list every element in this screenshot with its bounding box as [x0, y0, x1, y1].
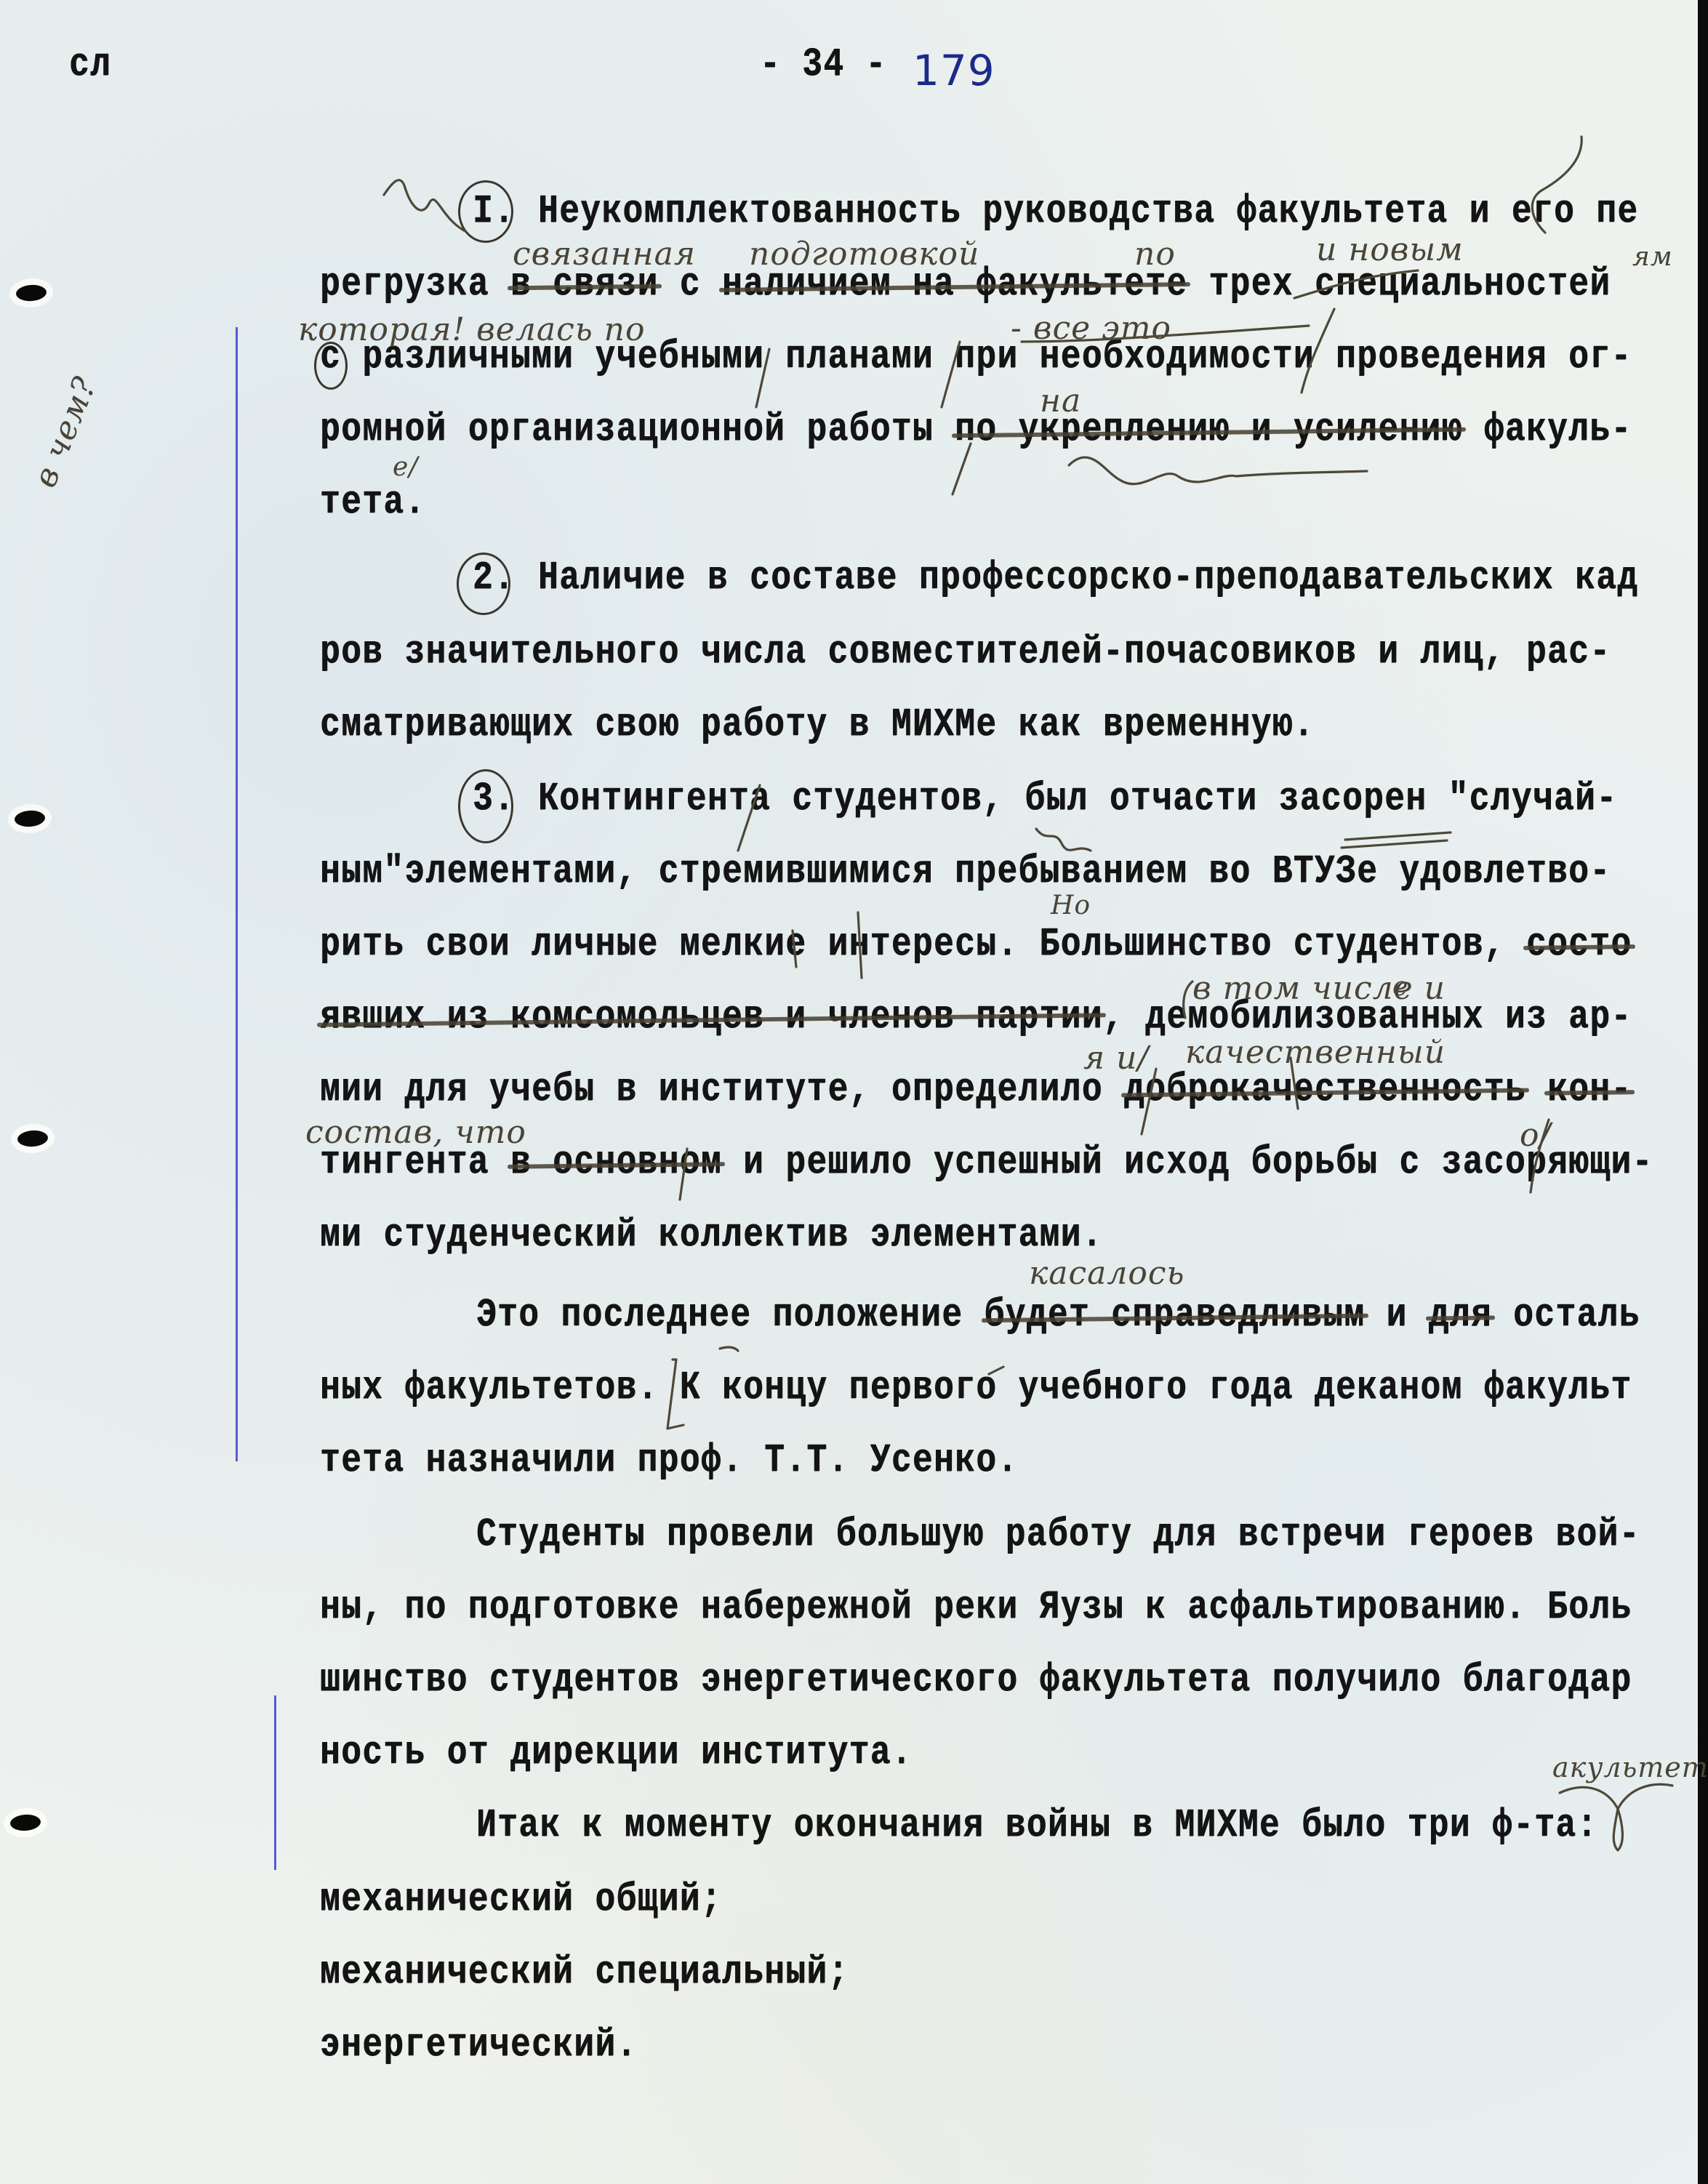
para5-line4: ность от дирекции института. — [320, 1733, 913, 1773]
page-number-handwritten: 179 — [913, 49, 995, 92]
para1-line1: Неукомплектованность руководства факульт… — [538, 192, 1638, 231]
para5-line3: шинство студентов энергетического факуль… — [320, 1661, 1632, 1700]
para5-line1: Студенты провели большую работу для встр… — [476, 1515, 1640, 1554]
insertion-annotation: е — [1392, 974, 1408, 1000]
para3-line2: ным"элементами, стремившимися пребывание… — [320, 852, 1611, 891]
para1-line4: ромной организационной работы по укрепле… — [320, 410, 1632, 449]
faculty-item: энергетический. — [320, 2026, 638, 2065]
para1-line5: тета. — [320, 483, 426, 522]
insertion-annotation: ям — [1632, 244, 1673, 270]
para4-line3: тета назначили проф. Т.Т. Усенко. — [320, 1441, 1018, 1480]
insertion-annotation: подготовкой — [749, 238, 979, 270]
insertion-annotation: связанная — [513, 238, 696, 270]
para3-line7: ми студенческий коллектив элементами. — [320, 1216, 1103, 1255]
para2-line2: ров значительного числа совместителей-по… — [320, 633, 1611, 672]
margin-line — [274, 1695, 276, 1870]
para3-line1: Контингента студентов, был отчасти засор… — [538, 779, 1617, 819]
insertion-annotation: состав, что — [305, 1117, 526, 1149]
insertion-annotation: которая! велась по — [298, 314, 646, 346]
insertion-annotation: качественный — [1185, 1037, 1446, 1069]
insertion-annotation: Но — [1051, 893, 1091, 919]
insertion-annotation: - все это — [1011, 313, 1171, 345]
insertion-annotation: на — [1040, 385, 1081, 417]
insertion-annotation: касалось — [1029, 1258, 1185, 1290]
para5-line2: ны, по подготовке набережной реки Яузы к… — [320, 1588, 1632, 1627]
para2-line3: сматривающих свою работу в МИХМе как вре… — [320, 705, 1315, 744]
typist-mark: сл — [69, 45, 111, 84]
para4-line2: ных факультетов. К концу первого учебног… — [320, 1368, 1632, 1408]
insertion-annotation: по — [1134, 238, 1176, 270]
para3-line3: рить свои личные мелкие интересы. Больши… — [320, 925, 1632, 964]
circle-mark — [314, 342, 348, 390]
para6-line1: Итак к моменту окончания войны в МИХМе б… — [476, 1806, 1598, 1845]
insertion-annotation: акультета — [1552, 1754, 1708, 1781]
para3-line5: мии для учебы в институте, определило до… — [320, 1070, 1632, 1109]
faculty-item: механический специальный; — [320, 1953, 849, 1992]
para2-number: 2. — [473, 558, 515, 598]
insertion-annotation: о/ — [1520, 1120, 1551, 1152]
para4-line1: Это последнее положение будет справедлив… — [476, 1296, 1640, 1335]
scan-edge — [1698, 0, 1708, 2184]
para3-number: 3. — [473, 779, 515, 819]
circle-mark — [458, 180, 513, 243]
margin-line — [236, 327, 238, 1461]
page-number-typed: - 34 - — [760, 45, 887, 84]
insertion-annotation: е/ — [393, 454, 418, 481]
faculty-item: механический общий; — [320, 1880, 722, 1919]
insertion-annotation: и новым — [1316, 234, 1464, 266]
para2-line1: Наличие в составе профессорско-преподава… — [538, 558, 1638, 598]
insertion-annotation: я и/ — [1083, 1043, 1149, 1075]
